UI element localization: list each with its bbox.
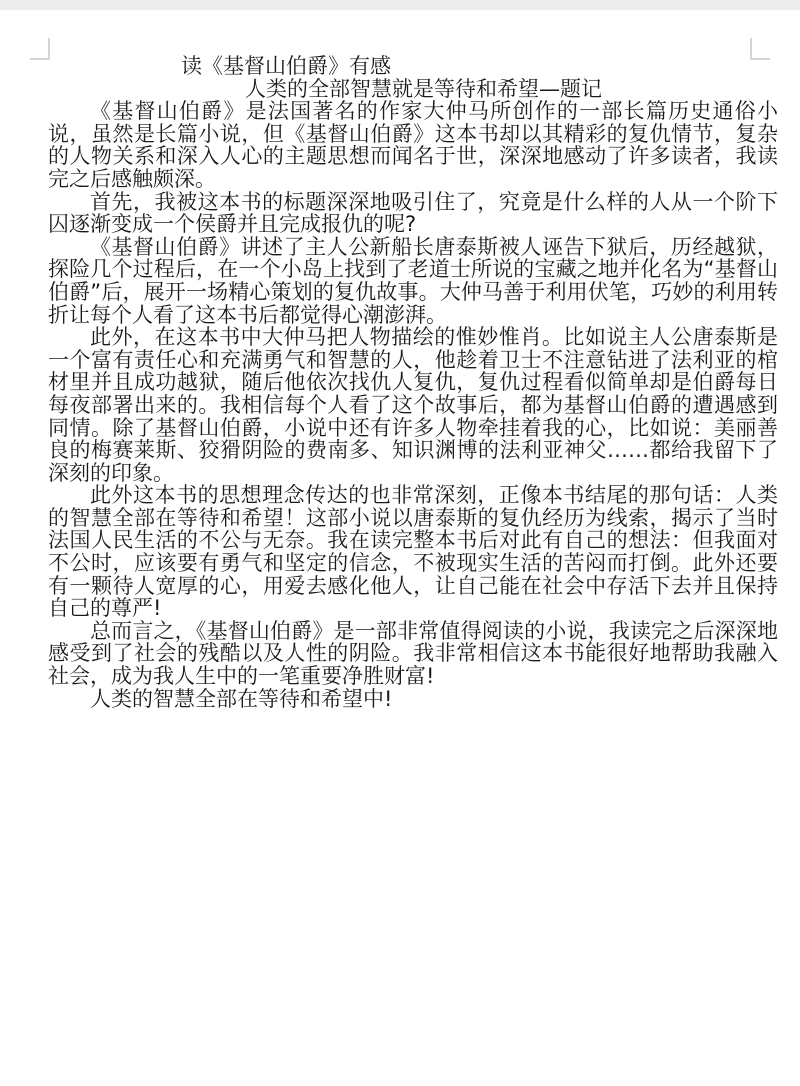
paragraph: 总而言之，《基督山伯爵》是一部非常值得阅读的小说，我读完之后深深地感受到了社会的… — [48, 620, 778, 688]
paragraph: 《基督山伯爵》讲述了主人公新船长唐泰斯被人诬告下狱后，历经越狱，探险几个过程后，… — [48, 236, 778, 326]
paragraph: 人类的智慧全部在等待和希望中! — [48, 688, 778, 711]
top-gutter-bar — [0, 0, 800, 10]
paragraph: 《基督山伯爵》是法国著名的作家大仲马所创作的一部长篇历史通俗小说，虽然是长篇小说… — [48, 100, 778, 190]
essay-title: 读《基督山伯爵》有感 — [181, 55, 778, 78]
paragraph: 此外这本书的思想理念传达的也非常深刻，正像本书结尾的那句话：人类的智慧全部在等待… — [48, 484, 778, 620]
essay-epigraph: 人类的全部智慧就是等待和希望—题记 — [245, 78, 778, 101]
document-body: 读《基督山伯爵》有感 人类的全部智慧就是等待和希望—题记 《基督山伯爵》是法国著… — [48, 55, 778, 710]
essay-text: 《基督山伯爵》是法国著名的作家大仲马所创作的一部长篇历史通俗小说，虽然是长篇小说… — [48, 100, 778, 710]
paragraph: 此外，在这本书中大仲马把人物描绘的惟妙惟肖。比如说主人公唐泰斯是一个富有责任心和… — [48, 326, 778, 484]
paragraph: 首先，我被这本书的标题深深地吸引住了，究竟是什么样的人从一个阶下囚逐渐变成一个侯… — [48, 191, 778, 236]
margin-crop-mark-left-icon — [30, 38, 50, 60]
